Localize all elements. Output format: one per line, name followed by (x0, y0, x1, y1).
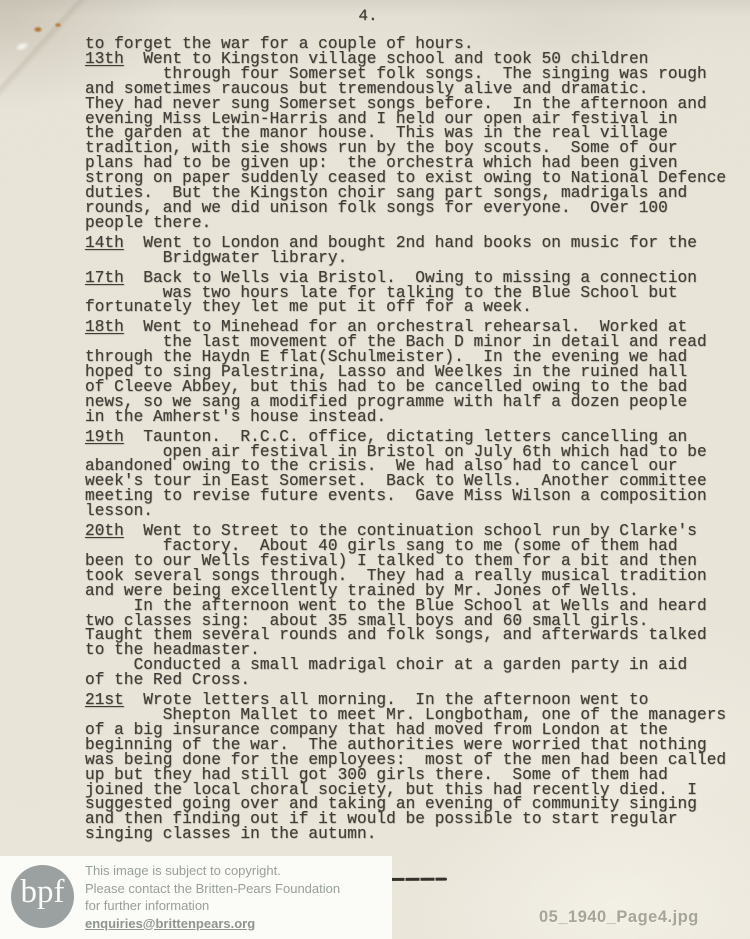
document-line: meeting to revise future events. Gave Mi… (85, 489, 742, 504)
line-text: Bridgwater library. (85, 249, 347, 267)
line-text: of the Red Cross. (85, 671, 250, 689)
line-text: in the Amherst's house instead. (85, 408, 386, 426)
document-line: Bridgwater library. (85, 251, 742, 266)
filename-watermark: 05_1940_Page4.jpg (539, 908, 699, 927)
line-text: meeting to revise future events. Gave Mi… (85, 487, 707, 505)
document-line: fortunately they let me put it off for a… (85, 300, 742, 315)
document-line: of the Red Cross. (85, 673, 742, 688)
document-line: people there. (85, 216, 742, 231)
line-text: lesson. (85, 502, 153, 520)
copyright-notice: This image is subject to copyright. Plea… (85, 862, 340, 932)
copyright-line-3: for further information (85, 897, 340, 915)
rust-stain-icon (33, 26, 43, 33)
line-text: fortunately they let me put it off for a… (85, 298, 532, 316)
line-text: singing classes in the autumn. (85, 825, 376, 843)
document-line: lesson. (85, 504, 742, 519)
document-text: to forget the war for a couple of hours.… (85, 37, 742, 842)
bpf-logo-text: bpf (21, 876, 65, 917)
scanned-page: 4. to forget the war for a couple of hou… (0, 0, 750, 939)
page-number: 4. (0, 7, 736, 25)
contact-email-link[interactable]: enquiries@brittenpears.org (85, 915, 255, 933)
copyright-line-2: Please contact the Britten-Pears Foundat… (85, 880, 340, 898)
bpf-logo: bpf (11, 865, 74, 928)
line-text: people there. (85, 214, 211, 232)
copyright-line-1: This image is subject to copyright. (85, 862, 340, 880)
copyright-overlay: bpf This image is subject to copyright. … (0, 856, 392, 939)
document-line: in the Amherst's house instead. (85, 410, 742, 425)
document-line: singing classes in the autumn. (85, 827, 742, 842)
